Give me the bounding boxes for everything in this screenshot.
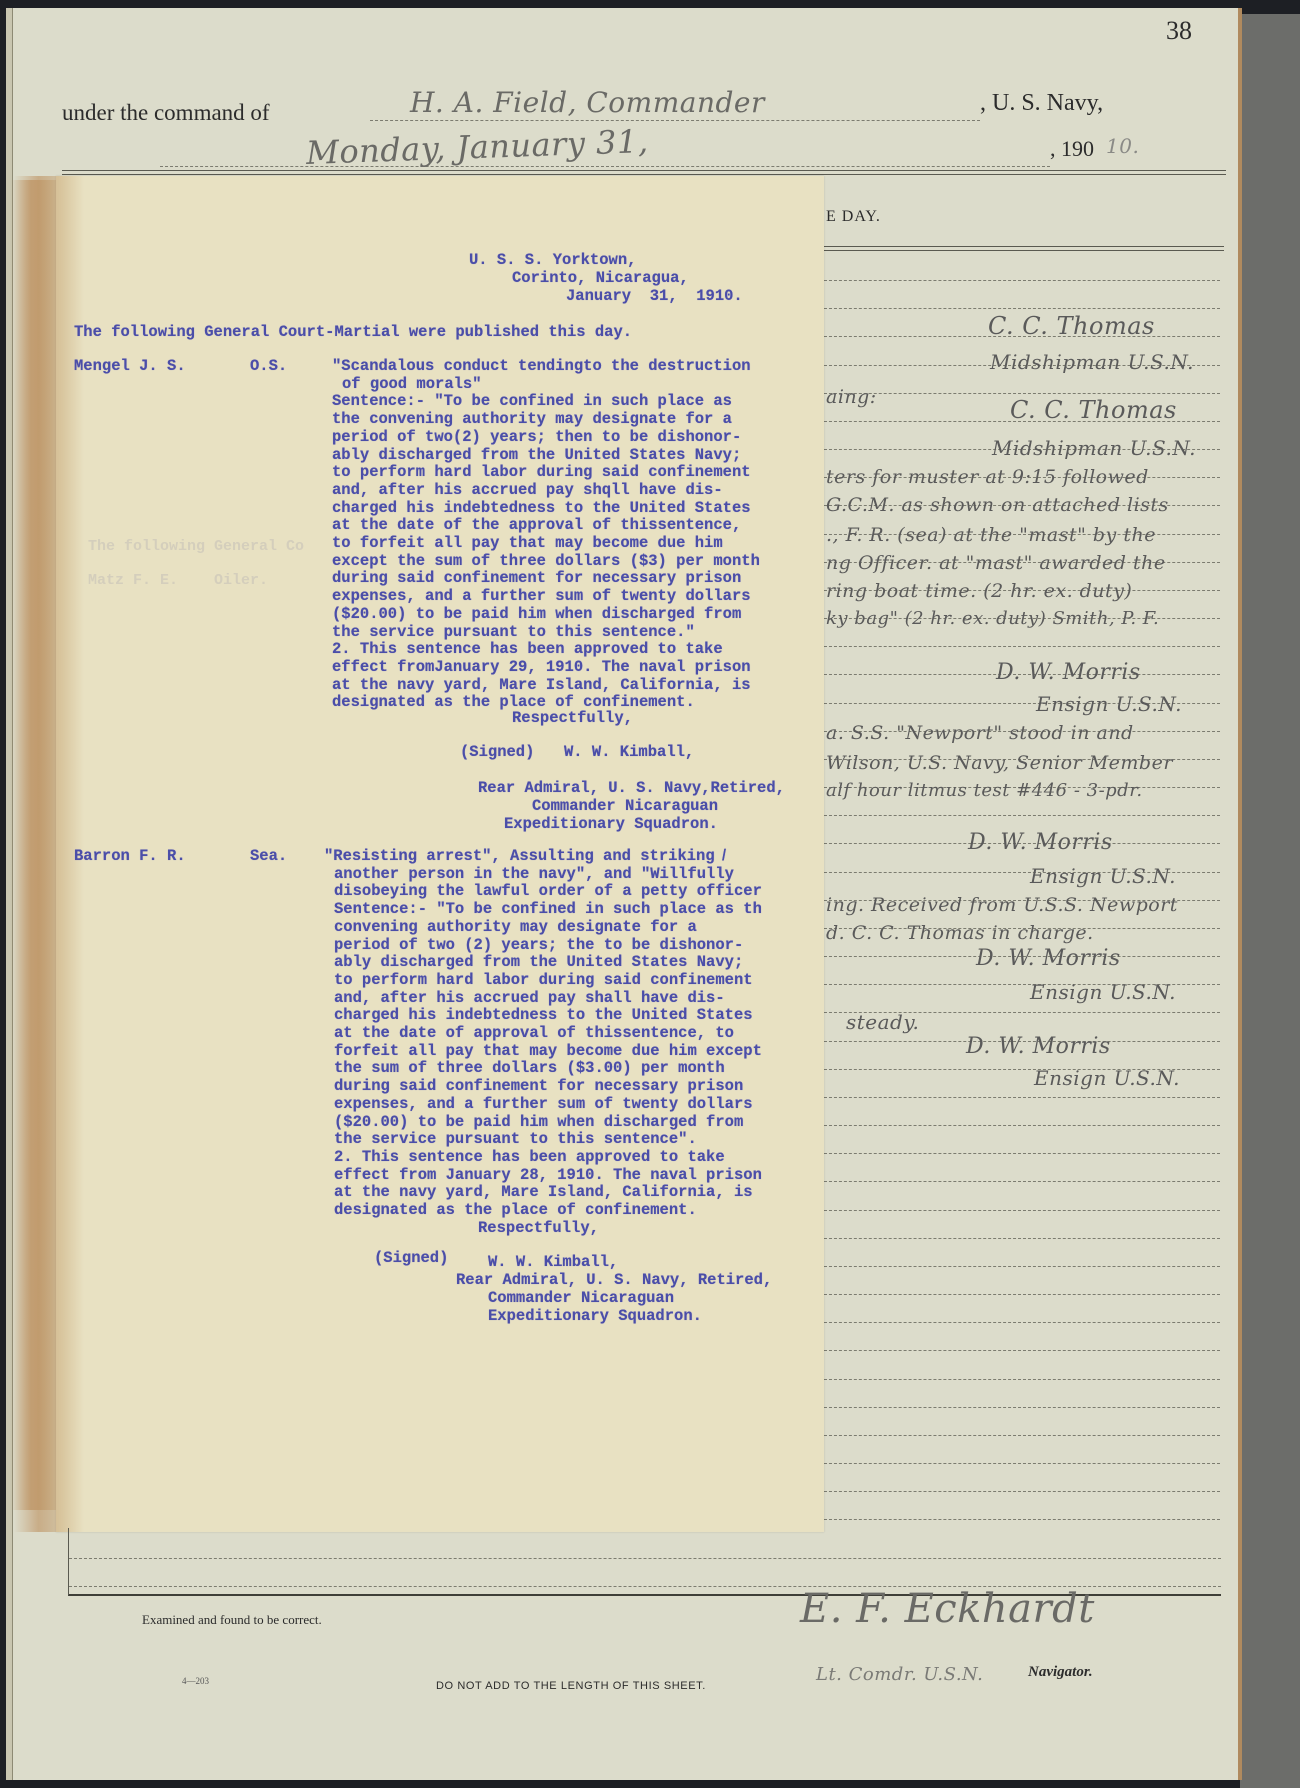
case-text: "Scandalous conduct tendingto the destru…	[332, 358, 760, 712]
log-entry: Wilson, U.S. Navy, Senior Member	[826, 752, 1173, 774]
log-signature: D. W. Morris	[968, 830, 1113, 855]
log-fragment: steady.	[846, 1010, 919, 1034]
case-name: Barron F. R.	[74, 848, 186, 866]
examined-text: Examined and found to be correct.	[142, 1612, 322, 1628]
length-notice: DO NOT ADD TO THE LENGTH OF THIS SHEET.	[436, 1680, 706, 1692]
log-entry: alf hour litmus test #446 - 3-pdr.	[826, 780, 1143, 801]
log-title: Midshipman U.S.N.	[992, 436, 1196, 460]
signer-name: W. W. Kimball,	[488, 1254, 618, 1272]
signer-title: Commander Nicaraguan	[532, 798, 718, 816]
order-intro: The following General Court-Martial were…	[74, 324, 632, 342]
service-label: , U. S. Navy,	[980, 90, 1103, 117]
date-underline	[160, 166, 1050, 167]
navigator-rank: Lt. Comdr. U.S.N.	[816, 1664, 983, 1685]
binding-backdrop	[1240, 14, 1300, 1788]
command-underline	[370, 120, 980, 121]
commander-name: H. A. Field, Commander	[410, 86, 765, 119]
log-entry: G.C.M. as shown on attached lists	[826, 494, 1169, 516]
log-signature: D. W. Morris	[966, 1034, 1111, 1059]
log-title: Ensign U.S.N.	[1030, 864, 1176, 888]
log-signature: D. W. Morris	[976, 946, 1121, 971]
case-rate: Sea.	[250, 848, 287, 866]
log-title: Ensign U.S.N.	[1036, 692, 1182, 716]
log-title: Ensign U.S.N.	[1030, 980, 1176, 1004]
column-header-fragment: E DAY.	[826, 208, 881, 226]
signer-title: Rear Admiral, U. S. Navy, Retired,	[456, 1272, 772, 1290]
closing: Respectfully,	[478, 1220, 599, 1238]
log-entry: ., F. R. (sea) at the "mast" by the	[826, 524, 1156, 546]
log-entry: ng Officer. at "mast" awarded the	[826, 552, 1166, 574]
navigator-label: Navigator.	[1028, 1664, 1093, 1681]
ship-name: U. S. S. Yorktown,	[469, 252, 636, 270]
ship-location: Corinto, Nicaragua,	[512, 270, 689, 288]
log-entry: ring boat time. (2 hr. ex. duty)	[826, 580, 1132, 602]
signer-name: W. W. Kimball,	[564, 744, 694, 762]
order-date: January 31, 1910.	[566, 288, 743, 306]
navigator-signature: E. F. Eckhardt	[800, 1586, 1095, 1632]
log-entry: ters for muster at 9:15 followed	[826, 466, 1149, 488]
log-title: Midshipman U.S.N.	[990, 350, 1194, 374]
signer-title: Expeditionary Squadron.	[504, 816, 718, 834]
log-entry: ing. Received from U.S.S. Newport	[826, 894, 1178, 916]
signed-label: (Signed)	[374, 1250, 448, 1268]
log-signature: C. C. Thomas	[988, 312, 1155, 340]
signer-title: Commander Nicaraguan	[488, 1290, 674, 1308]
form-number: 4—203	[182, 1676, 209, 1686]
case-rate: O.S.	[250, 358, 287, 376]
command-label: under the command of	[62, 100, 270, 126]
closing: Respectfully,	[512, 710, 633, 728]
log-entry: ky bag" (2 hr. ex. duty) Smith, P. F.	[826, 608, 1159, 629]
signed-label: (Signed)	[460, 744, 534, 762]
case-name: Mengel J. S.	[74, 358, 186, 376]
log-fragment: aing:	[826, 386, 877, 408]
case-text: "Resisting arrest", Assulting and striki…	[324, 848, 752, 1220]
log-entry: a. S.S. "Newport" stood in and	[826, 722, 1134, 744]
signer-title: Rear Admiral, U. S. Navy,Retired,	[478, 780, 785, 798]
signer-title: Expeditionary Squadron.	[488, 1308, 702, 1326]
page-number: 38	[1166, 16, 1192, 46]
log-signature: C. C. Thomas	[1010, 396, 1177, 424]
log-entry: d. C. C. Thomas in charge.	[826, 922, 1094, 944]
header-rule	[62, 170, 1226, 175]
show-through-text: Matz F. E. Oiler.	[88, 572, 268, 589]
log-title: Ensign U.S.N.	[1034, 1066, 1180, 1090]
log-signature: D. W. Morris	[996, 660, 1141, 685]
show-through-text: The following General Co	[88, 538, 304, 555]
year-handwritten: 10.	[1106, 134, 1139, 158]
year-printed: , 190	[1050, 136, 1094, 162]
